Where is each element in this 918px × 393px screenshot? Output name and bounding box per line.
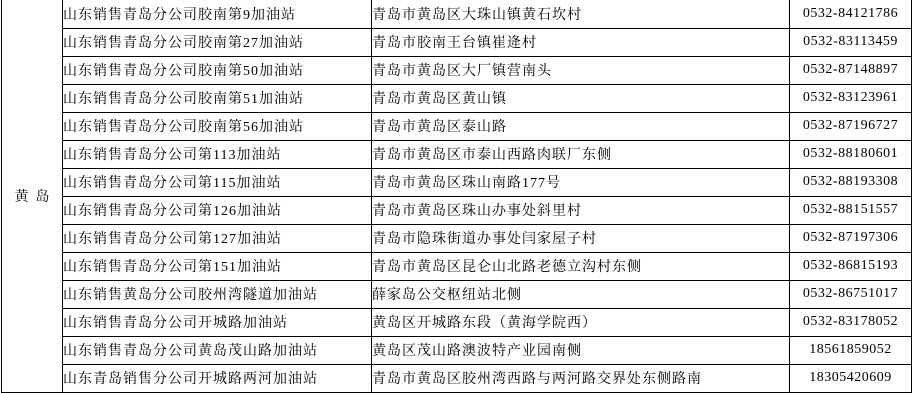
station-name-cell: 山东销售青岛分公司胶南第27加油站 [63, 28, 372, 56]
station-name-cell: 山东销售青岛分公司第115加油站 [63, 168, 372, 196]
address-cell: 薛家岛公交枢纽站北侧 [372, 280, 790, 308]
address-cell: 青岛市隐珠街道办事处闫家屋子村 [372, 224, 790, 252]
station-name-cell: 山东销售黄岛分公司胶州湾隧道加油站 [63, 280, 372, 308]
phone-number-cell: 0532-88151557 [790, 196, 912, 224]
table-row: 山东销售青岛分公司胶南第27加油站 青岛市胶南王台镇崔逄村 0532-83113… [2, 28, 912, 56]
station-name-cell: 山东销售青岛分公司胶南第56加油站 [63, 112, 372, 140]
address-cell: 青岛市黄岛区大珠山镇黄石坎村 [372, 0, 790, 28]
address-cell: 青岛市黄岛区珠山办事处斜里村 [372, 196, 790, 224]
phone-number-cell: 0532-83113459 [790, 28, 912, 56]
region-label-cell: 黄岛 [2, 0, 63, 392]
phone-number-cell: 0532-88193308 [790, 168, 912, 196]
phone-number-cell: 0532-86815193 [790, 252, 912, 280]
table-row: 山东销售青岛分公司第113加油站 青岛市黄岛区市泰山西路肉联厂东侧 0532-8… [2, 140, 912, 168]
address-cell: 黄岛区开城路东段（黄海学院西） [372, 308, 790, 336]
station-name-cell: 山东销售青岛分公司胶南第50加油站 [63, 56, 372, 84]
phone-number-cell: 0532-88180601 [790, 140, 912, 168]
station-name-cell: 山东销售青岛分公司黄岛茂山路加油站 [63, 336, 372, 364]
address-cell: 黄岛区茂山路澳波特产业园南侧 [372, 336, 790, 364]
table-row: 山东销售青岛分公司第151加油站 青岛市黄岛区昆仑山北路老德立沟村东侧 0532… [2, 252, 912, 280]
address-cell: 青岛市黄岛区珠山南路177号 [372, 168, 790, 196]
station-name-cell: 山东销售青岛分公司第127加油站 [63, 224, 372, 252]
address-cell: 青岛市黄岛区昆仑山北路老德立沟村东侧 [372, 252, 790, 280]
station-name-cell: 山东销售青岛分公司胶南第9加油站 [63, 0, 372, 28]
phone-number-cell: 0532-86751017 [790, 280, 912, 308]
table-row: 山东销售青岛分公司黄岛茂山路加油站 黄岛区茂山路澳波特产业园南侧 1856185… [2, 336, 912, 364]
station-name-cell: 山东销售青岛分公司第126加油站 [63, 196, 372, 224]
address-cell: 青岛市黄岛区市泰山西路肉联厂东侧 [372, 140, 790, 168]
gas-station-table: 黄岛 山东销售青岛分公司胶南第9加油站 青岛市黄岛区大珠山镇黄石坎村 0532-… [1, 0, 912, 393]
address-cell: 青岛市黄岛区大厂镇营南头 [372, 56, 790, 84]
phone-number-cell: 0532-87196727 [790, 112, 912, 140]
station-name-cell: 山东销售青岛分公司第113加油站 [63, 140, 372, 168]
station-name-cell: 山东销售青岛分公司胶南第51加油站 [63, 84, 372, 112]
address-cell: 青岛市胶南王台镇崔逄村 [372, 28, 790, 56]
table-row: 山东销售青岛分公司开城路加油站 黄岛区开城路东段（黄海学院西） 0532-831… [2, 308, 912, 336]
station-name-cell: 山东销售青岛分公司开城路加油站 [63, 308, 372, 336]
table-row: 山东销售黄岛分公司胶州湾隧道加油站 薛家岛公交枢纽站北侧 0532-867510… [2, 280, 912, 308]
station-name-cell: 山东销售青岛分公司第151加油站 [63, 252, 372, 280]
phone-number-cell: 18561859052 [790, 336, 912, 364]
phone-number-cell: 0532-87197306 [790, 224, 912, 252]
phone-number-cell: 18305420609 [790, 364, 912, 392]
gas-station-table-body: 黄岛 山东销售青岛分公司胶南第9加油站 青岛市黄岛区大珠山镇黄石坎村 0532-… [2, 0, 912, 392]
table-row: 山东销售青岛分公司第115加油站 青岛市黄岛区珠山南路177号 0532-881… [2, 168, 912, 196]
table-row: 山东销售青岛分公司第126加油站 青岛市黄岛区珠山办事处斜里村 0532-881… [2, 196, 912, 224]
phone-number-cell: 0532-83178052 [790, 308, 912, 336]
table-row: 山东青岛销售分公司开城路两河加油站 青岛市黄岛区胶州湾西路与两河路交界处东侧路南… [2, 364, 912, 392]
address-cell: 青岛市黄岛区胶州湾西路与两河路交界处东侧路南 [372, 364, 790, 392]
table-row: 山东销售青岛分公司第127加油站 青岛市隐珠街道办事处闫家屋子村 0532-87… [2, 224, 912, 252]
table-row: 山东销售青岛分公司胶南第56加油站 青岛市黄岛区泰山路 0532-8719672… [2, 112, 912, 140]
station-name-cell: 山东青岛销售分公司开城路两河加油站 [63, 364, 372, 392]
phone-number-cell: 0532-87148897 [790, 56, 912, 84]
phone-number-cell: 0532-83123961 [790, 84, 912, 112]
phone-number-cell: 0532-84121786 [790, 0, 912, 28]
address-cell: 青岛市黄岛区黄山镇 [372, 84, 790, 112]
address-cell: 青岛市黄岛区泰山路 [372, 112, 790, 140]
table-row: 黄岛 山东销售青岛分公司胶南第9加油站 青岛市黄岛区大珠山镇黄石坎村 0532-… [2, 0, 912, 28]
table-row: 山东销售青岛分公司胶南第51加油站 青岛市黄岛区黄山镇 0532-8312396… [2, 84, 912, 112]
table-row: 山东销售青岛分公司胶南第50加油站 青岛市黄岛区大厂镇营南头 0532-8714… [2, 56, 912, 84]
